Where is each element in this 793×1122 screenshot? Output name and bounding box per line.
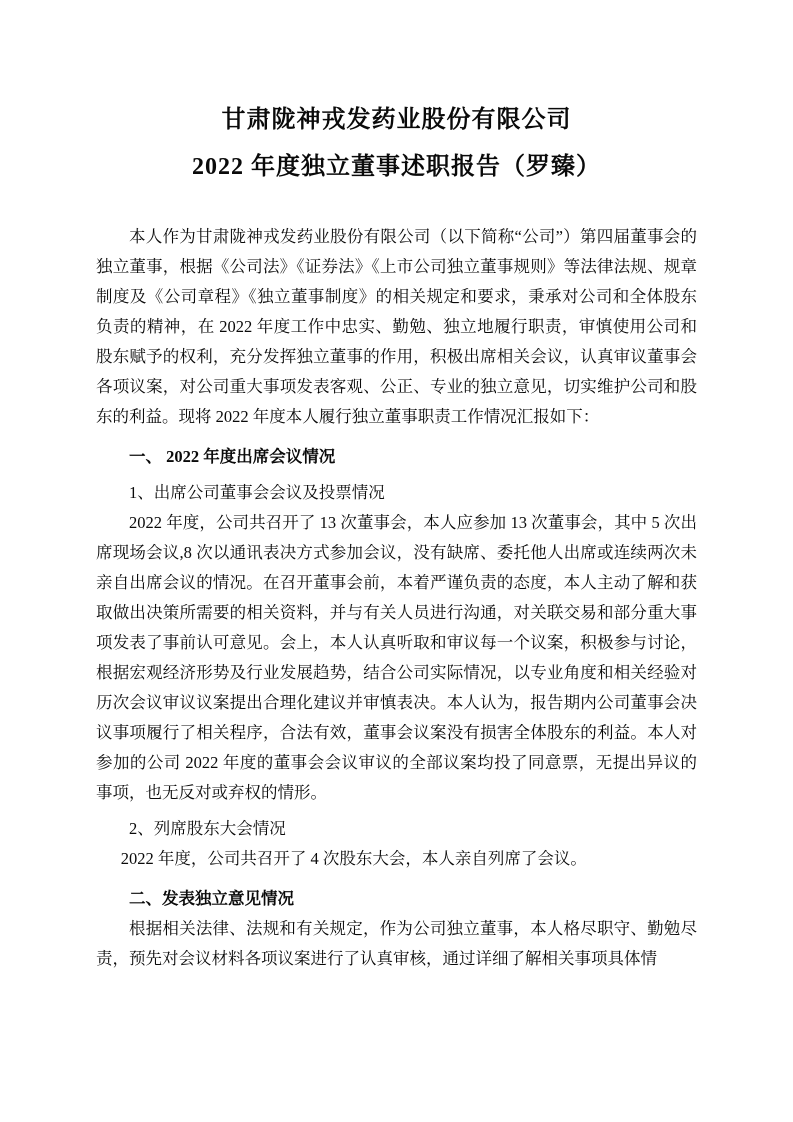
- section-heading: 二、发表独立意见情况: [96, 884, 697, 914]
- numbered-item-heading: 2、列席股东大会情况: [96, 814, 697, 844]
- paragraph: 2022 年度，公司共召开了 13 次董事会，本人应参加 13 次董事会，其中 …: [96, 508, 697, 808]
- document-title: 甘肃陇神戎发药业股份有限公司: [96, 97, 697, 144]
- document-subtitle: 2022 年度独立董事述职报告（罗臻）: [96, 144, 697, 191]
- document-page: 甘肃陇神戎发药业股份有限公司 2022 年度独立董事述职报告（罗臻） 本人作为甘…: [0, 0, 793, 1122]
- paragraph: 本人作为甘肃陇神戎发药业股份有限公司（以下简称“公司”）第四届董事会的独立董事，…: [96, 222, 697, 432]
- document-body: 本人作为甘肃陇神戎发药业股份有限公司（以下简称“公司”）第四届董事会的独立董事，…: [96, 222, 697, 974]
- paragraph: 根据相关法律、法规和有关规定，作为公司独立董事，本人格尽职守、勤勉尽责，预先对会…: [96, 914, 697, 974]
- paragraph: 2022 年度，公司共召开了 4 次股东大会，本人亲自列席了会议。: [96, 844, 697, 874]
- section-heading: 一、 2022 年度出席会议情况: [96, 442, 697, 472]
- numbered-item-heading: 1、出席公司董事会会议及投票情况: [96, 478, 697, 508]
